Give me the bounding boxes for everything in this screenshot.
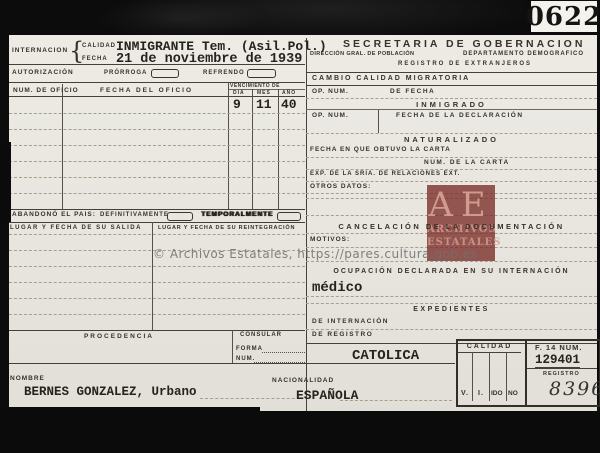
nacionalidad-value: ESPAÑOLA [296, 388, 358, 403]
rule-line [306, 72, 597, 73]
archive-logo-initials: AE [427, 187, 495, 223]
row-line [9, 193, 305, 194]
rule-line [9, 330, 305, 331]
de-registro-label: DE REGISTRO [312, 331, 373, 338]
secretaria-title: SECRETARIA DE GOBERNACION [343, 38, 585, 50]
calidad-cell-i: I. [478, 390, 484, 397]
nombre-value: BERNES GONZALEZ, Urbano [24, 385, 197, 399]
rule-line [9, 222, 305, 223]
row-line [306, 157, 597, 158]
name-underline [200, 398, 300, 399]
salida-header: LUGAR Y FECHA DE SU SALIDA [10, 225, 142, 231]
fecha-label: FECHA [82, 56, 108, 62]
row-line [9, 177, 305, 178]
row-line [306, 98, 597, 99]
prorroga-checkbox [151, 69, 179, 78]
internacion-label: INTERNACION [12, 47, 68, 54]
autorizacion-label: AUTORIZACIÓN [12, 69, 74, 76]
refrendo-label: REFRENDO [203, 70, 245, 76]
row-line [306, 329, 597, 330]
religion-value: CATOLICA [352, 348, 419, 364]
nombre-label: NOMBRE [10, 375, 45, 382]
procedencia-header: PROCEDENCIA [9, 333, 229, 340]
row-line [9, 129, 305, 130]
scanned-registration-card: 0622 INTERNACION { CALIDAD INMIGRANTE Te… [0, 0, 600, 453]
row-line [9, 266, 305, 267]
table-vline [278, 89, 279, 209]
row-line [9, 314, 305, 315]
calidad-label: CALIDAD [82, 43, 116, 49]
definitivamente-checkbox [167, 212, 193, 221]
mes-header: MES [257, 90, 271, 96]
scan-edge-bottom-left [0, 407, 260, 453]
rule-line [306, 85, 597, 86]
oficio-fecha-header: FECHA DEL OFICIO [100, 87, 193, 94]
f14-value: 129401 [535, 353, 580, 368]
otros-datos-label: OTROS DATOS: [310, 183, 371, 190]
row-line [9, 161, 305, 162]
definitivamente-label: DEFINITIVAMENTE [100, 212, 169, 218]
registro-label: REGISTRO [543, 371, 580, 377]
prorroga-label: PRÓRROGA [104, 70, 147, 76]
row-line [9, 282, 305, 283]
oficio-num-header: NUM. DE OFICIO [13, 87, 79, 94]
expedientes-title: EXPEDIENTES [306, 306, 597, 313]
forma-label: FORMA [236, 346, 263, 352]
inmigrado-op-num-label: OP. NUM. [312, 112, 349, 119]
page-number: 0622 [526, 2, 600, 32]
row-line [9, 113, 305, 114]
consular-header: CONSULAR [240, 332, 282, 338]
cambio-title: CAMBIO CALIDAD MIGRATORIA [312, 75, 470, 82]
registro-subtitle: REGISTRO DE EXTRANJEROS [398, 61, 532, 67]
num-carta-label: NUM. DE LA CARTA [424, 159, 510, 166]
calidad-cell-v: V. [461, 390, 469, 397]
ocupacion-value: médico [312, 280, 362, 296]
temporalmente-label: TEMPORALMENTE [201, 211, 273, 218]
vencimiento-dia-value: 9 [233, 97, 241, 112]
refrendo-checkbox [247, 69, 276, 78]
fecha-carta-label: FECHA EN QUE OBTUVO LA CARTA [310, 146, 451, 153]
ocupacion-title: OCUPACIÓN DECLARADA EN SU INTERNACIÓN [306, 268, 597, 275]
calidad-cell-no: NO [508, 390, 518, 397]
row-line [306, 296, 597, 297]
num-label: NUM. [236, 356, 255, 362]
vencimiento-mes-value: 11 [256, 97, 272, 112]
departamento-subtitle: DEPARTAMENTO DEMOGRAFICO [463, 51, 584, 57]
calidad-cell-ido: IDO [491, 390, 503, 397]
vencimiento-header: VENCIMIENTO DE [230, 83, 280, 89]
fecha-value: 21 de noviembre de 1939 [116, 52, 302, 67]
table-vline [378, 110, 379, 133]
direccion-subtitle: DIRECCIÓN GRAL. DE POBLACIÓN [310, 51, 414, 57]
rule-line [306, 109, 597, 110]
cambio-op-num-label: OP. NUM. [312, 88, 349, 95]
table-vline [62, 84, 63, 209]
watermark-text: © Archivos Estatales, https://pares.cult… [153, 247, 477, 261]
ano-header: AÑO [282, 90, 296, 96]
calidad-box-title: CALIDAD [456, 343, 523, 350]
de-internacion-label: DE INTERNACIÓN [312, 318, 389, 325]
page-number-box: 0622 [531, 1, 597, 32]
exp-sria-label: EXP. DE LA SRIA. DE RELACIONES EXT. [310, 171, 460, 177]
fecha-declaracion-label: FECHA DE LA DECLARACIÓN [396, 112, 524, 119]
row-line [9, 298, 305, 299]
dia-header: DIA [233, 90, 245, 96]
row-line [306, 181, 597, 182]
table-vline [252, 89, 253, 209]
consular-vline [232, 330, 233, 363]
nacionalidad-label: NACIONALIDAD [272, 377, 334, 384]
reintegracion-header: LUGAR Y FECHA DE SU REINTEGRACIÓN [158, 225, 295, 231]
naturalizado-title: NATURALIZADO [306, 135, 597, 144]
row-line [306, 303, 597, 304]
row-line [9, 234, 305, 235]
scan-edge-bottom-right [260, 411, 600, 453]
motivos-label: MOTIVOS: [310, 236, 350, 243]
rule-line [9, 209, 305, 210]
cancelacion-title: CANCELACIÓN DE LA DOCUMENTACIÓN [306, 222, 597, 231]
row-line [306, 133, 597, 134]
cambio-de-fecha-label: DE FECHA [390, 88, 435, 95]
forma-dotted-line [262, 352, 305, 353]
registro-number: 8396 [549, 378, 600, 400]
row-line [306, 261, 597, 262]
vencimiento-ano-value: 40 [281, 97, 297, 112]
abandono-label: ABANDONÓ EL PAIS: [12, 211, 96, 218]
row-line [9, 145, 305, 146]
inmigrado-title: INMIGRADO [306, 100, 597, 109]
f14-label: F. 14 NUM. [535, 343, 583, 352]
scan-edge-left [0, 142, 11, 222]
table-vline [228, 83, 229, 209]
row-line [306, 169, 597, 170]
temporalmente-checkbox [277, 212, 301, 221]
